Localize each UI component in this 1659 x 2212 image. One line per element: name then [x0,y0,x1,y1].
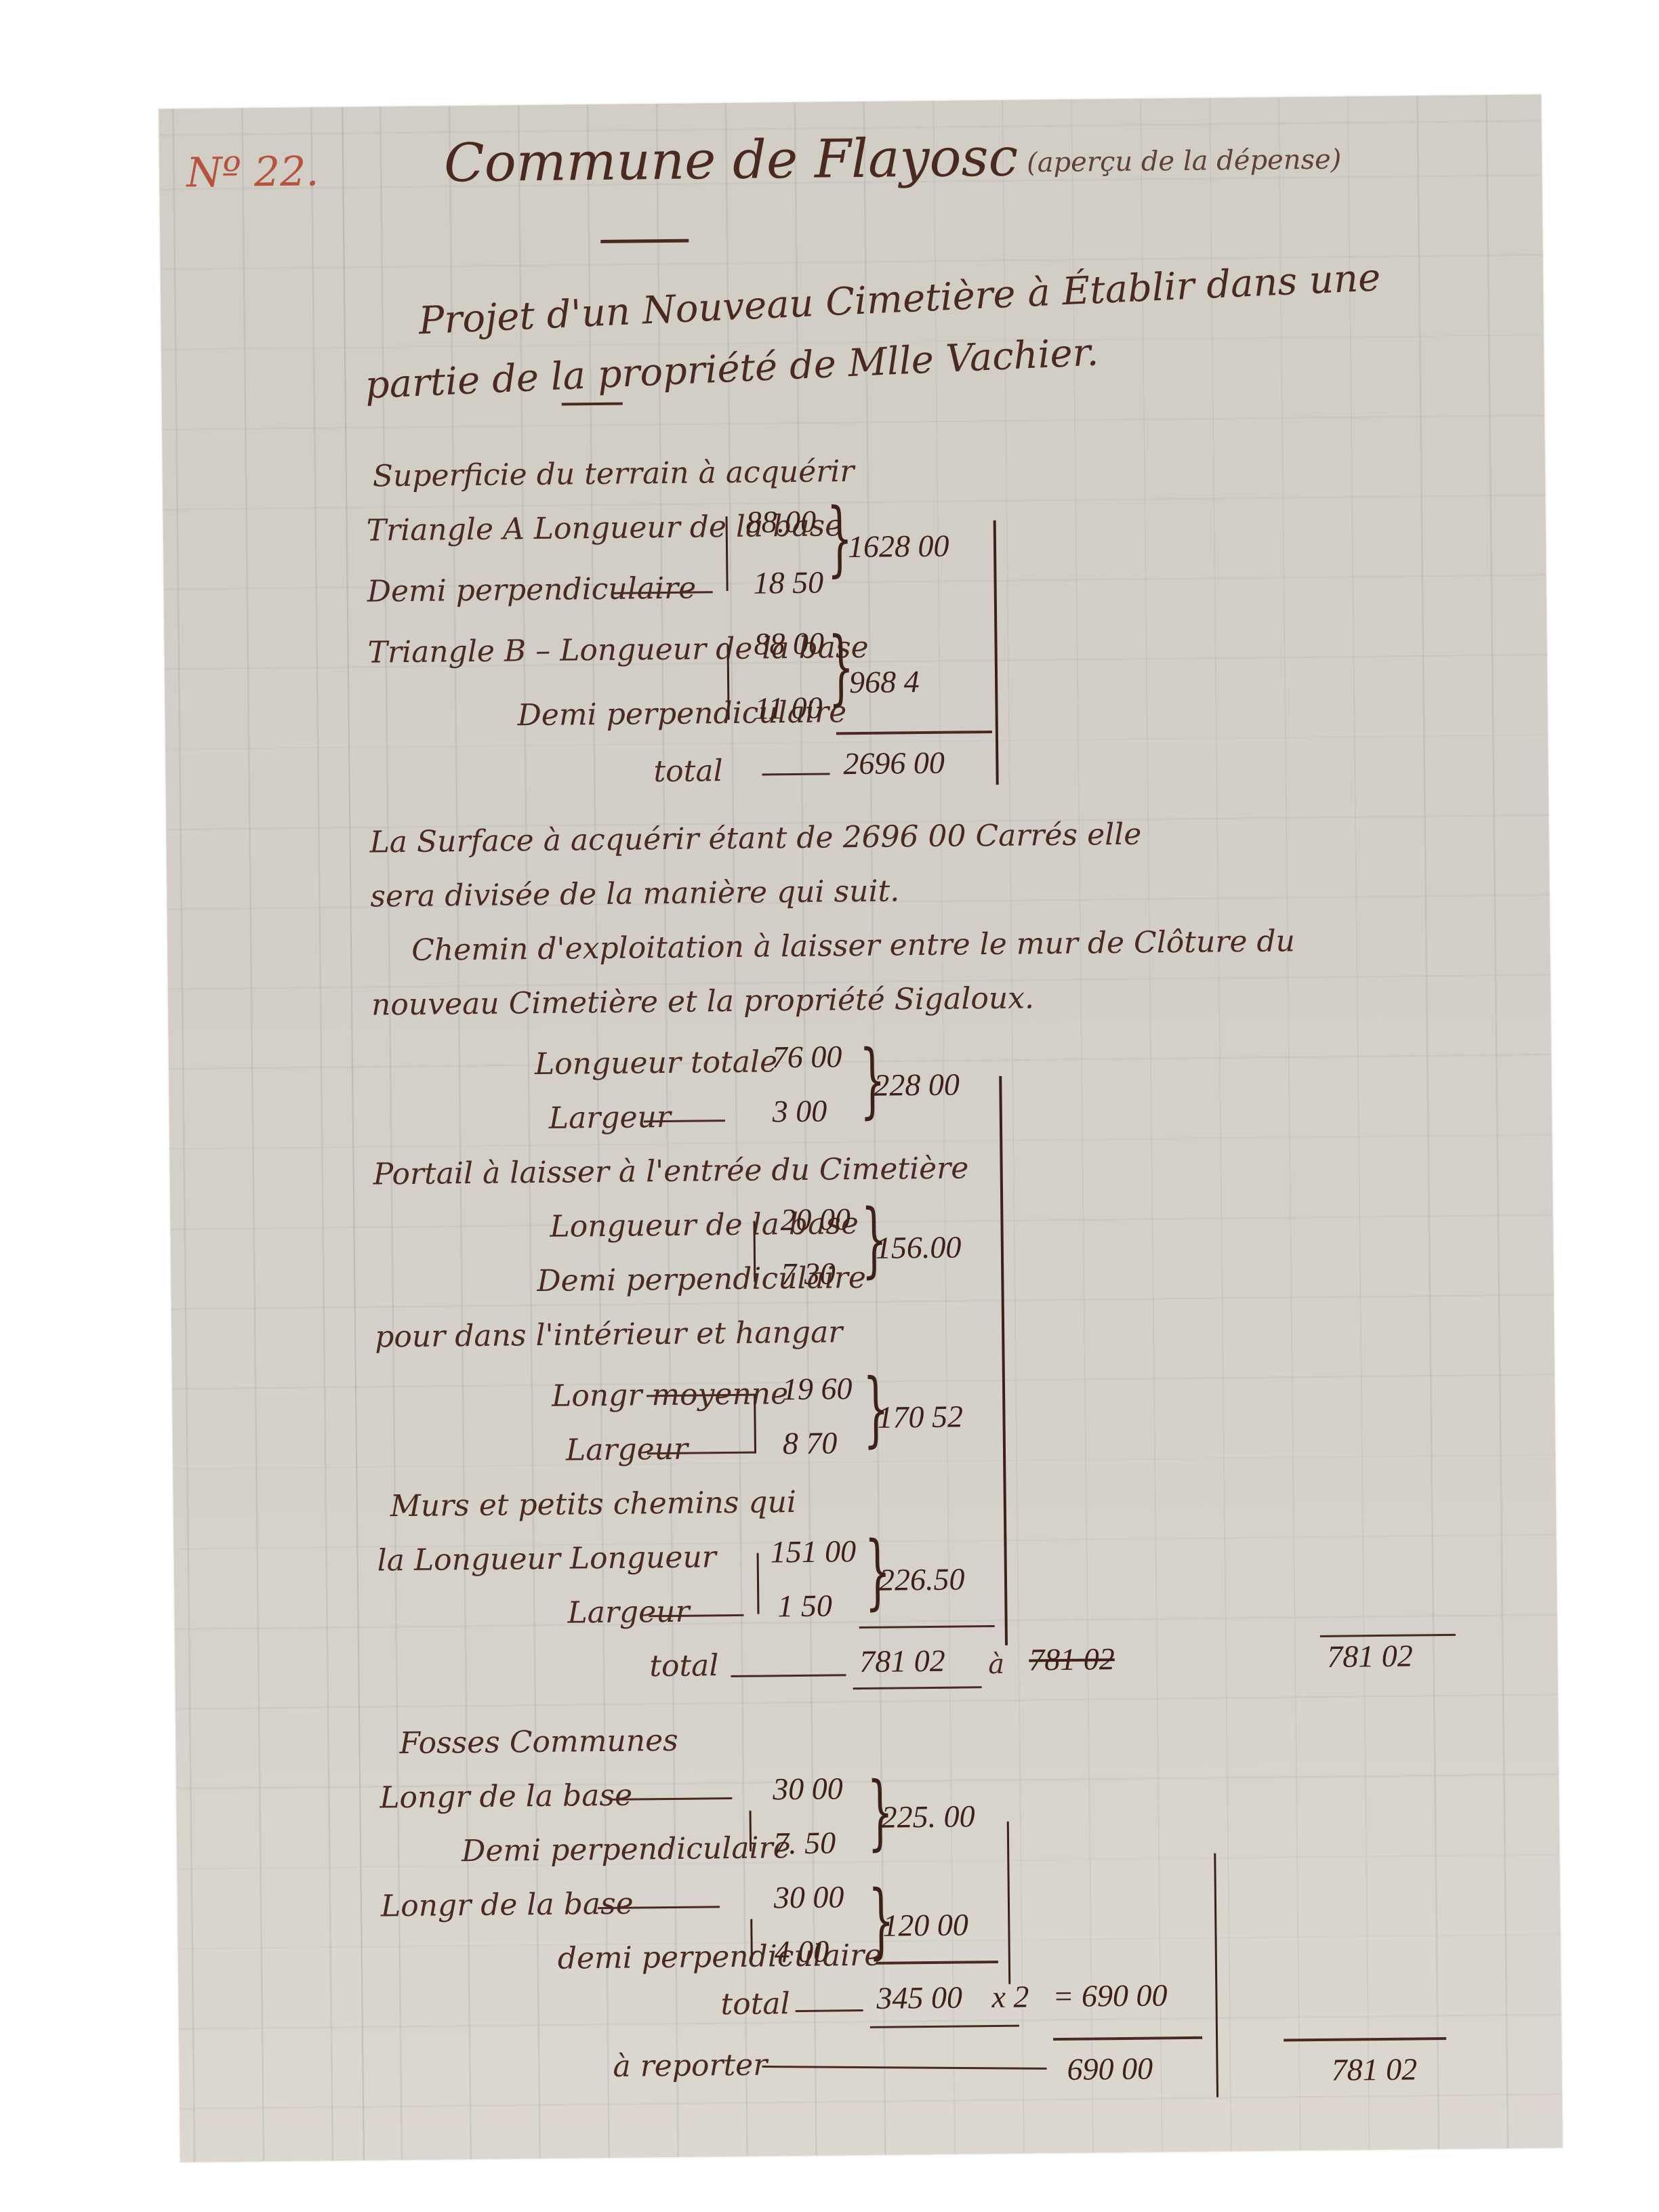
portail-heading: Portail à laisser à l'entrée du Cimetièr… [373,1151,968,1191]
triangle-a-perp-label: Demi perpendiculaire [367,571,696,609]
interieur-area: 170 52 [877,1398,963,1435]
fosses-g1-base-label: Longr de la base [380,1778,632,1816]
superficie-total-label: total [653,754,723,789]
interieur-heading: pour dans l'intérieur et hangar [375,1315,843,1354]
chemin-width-label: Largeur [549,1100,672,1136]
murs-heading: Murs et petits chemins qui [390,1485,797,1523]
triangle-a-area: 1628 00 [848,528,949,565]
murs-length-label: la Longueur Longueur [377,1540,716,1578]
fosses-g1-perp-label: Demi perpendiculaire [462,1830,791,1868]
title-note: (aperçu de la dépense) [1027,144,1342,178]
triangle-b-perp: 11 00 [754,690,823,726]
bracket [750,1919,753,1960]
interieur-length: 19 60 [782,1370,853,1407]
triangle-a-base: 88.00 [745,504,816,540]
murs-area: 226.50 [879,1561,965,1597]
fosses-total-label: total [720,1986,790,2022]
portail-perp: 7 30 [781,1255,836,1292]
superficie-total: 2696 00 [843,745,945,782]
triangle-b-base: 88 00 [754,626,824,662]
superficie-heading: Superficie du terrain à acquérir [373,454,855,493]
paragraph-line-2: sera divisée de la manière qui suit. [370,874,899,914]
chemin-width: 3 00 [772,1093,827,1130]
total-1-right-value: 781 02 [1327,1638,1413,1675]
fosses-multiplier: x 2 [991,1978,1029,2015]
fosses-g1-area: 225. 00 [881,1798,975,1835]
fosses-g2-base-label: Longr de la base [381,1887,634,1924]
fosses-g1-perp: 7. 50 [773,1824,836,1861]
fosses-g2-base: 30 00 [774,1879,844,1915]
paragraph-line-4: nouveau Cimetière et la propriété Sigalo… [371,981,1034,1022]
report-right-value: 781 02 [1331,2051,1417,2087]
bracket [750,1811,752,1851]
total-1-value: 781 02 [859,1643,945,1679]
report-label: à reporter [613,2048,767,2084]
murs-length: 151 00 [770,1533,856,1570]
fosses-g2-area: 120 00 [882,1906,968,1943]
portail-base: 20 00 [780,1201,851,1237]
total-1-note-prefix: à [988,1649,1004,1680]
fosses-g1-base: 30 00 [773,1770,843,1807]
interieur-width-label: Largeur [566,1432,689,1468]
triangle-a-perp: 18 50 [753,565,823,601]
report-value: 690 00 [1067,2051,1153,2087]
chemin-area: 228 00 [874,1066,960,1103]
fosses-total: 345 00 [876,1980,962,2016]
document-number: Nº 22. [186,148,319,197]
fosses-product: = 690 00 [1052,1977,1168,2014]
murs-width: 1 50 [777,1587,832,1624]
total-1-label: total [649,1648,719,1683]
triangle-b-area: 968 4 [849,663,920,700]
murs-width-label: Largeur [567,1595,690,1631]
manuscript-page: Nº 22. Commune de Flayosc (aperçu de la … [159,94,1563,2162]
interieur-width: 8 70 [783,1425,838,1461]
document-title: Commune de Flayosc [444,127,1019,194]
portail-area: 156.00 [876,1229,962,1265]
fosses-g2-perp-label: demi perpendiculaire [558,1938,882,1976]
chemin-length-label: Longueur totale [535,1044,778,1082]
fosses-g2-perp: 4 00 [774,1933,829,1970]
chemin-length: 76 00 [772,1038,842,1075]
fosses-heading: Fosses Communes [399,1723,678,1761]
total-1-struck-value: 781 02 [1029,1641,1115,1677]
